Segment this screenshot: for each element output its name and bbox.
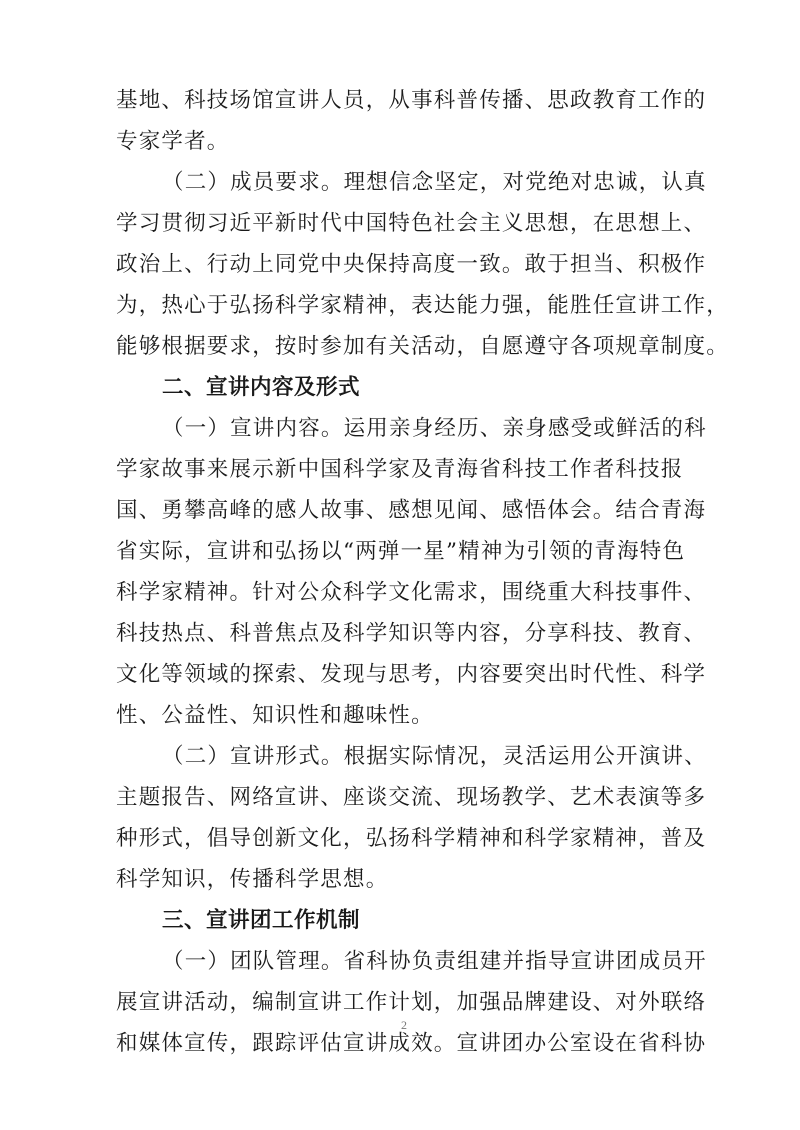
body-line: 基地、科技场馆宣讲人员，从事科普传播、思政教育工作的 — [116, 80, 672, 121]
body-line: 国、勇攀高峰的感人故事、感想见闻、感悟体会。结合青海 — [116, 490, 672, 531]
body-line: 性、公益性、知识性和趣味性。 — [116, 695, 672, 736]
body-line: 为，热心于弘扬科学家精神，表达能力强，能胜任宣讲工作， — [116, 285, 672, 326]
paragraph-start-line: （一）团队管理。省科协负责组建并指导宣讲团成员开 — [116, 941, 672, 982]
body-line: 和媒体宣传，跟踪评估宣讲成效。宣讲团办公室设在省科协 — [116, 1023, 672, 1064]
body-line: 省实际，宣讲和弘扬以“两弹一星”精神为引领的青海特色 — [116, 531, 672, 572]
paragraph-start-line: （二）宣讲形式。根据实际情况，灵活运用公开演讲、 — [116, 736, 672, 777]
body-line: 能够根据要求，按时参加有关活动，自愿遵守各项规章制度。 — [116, 326, 672, 367]
body-line: 文化等领域的探索、发现与思考，内容要突出时代性、科学 — [116, 654, 672, 695]
section-heading: 二、宣讲内容及形式 — [116, 367, 672, 408]
body-line: 学习贯彻习近平新时代中国特色社会主义思想，在思想上、 — [116, 203, 672, 244]
document-body: 基地、科技场馆宣讲人员，从事科普传播、思政教育工作的 专家学者。 （二）成员要求… — [116, 80, 672, 1064]
page-number: 2 — [396, 1018, 412, 1033]
body-line: 主题报告、网络宣讲、座谈交流、现场教学、艺术表演等多 — [116, 777, 672, 818]
body-line: 展宣讲活动，编制宣讲工作计划，加强品牌建设、对外联络 — [116, 982, 672, 1023]
body-line: 政治上、行动上同党中央保持高度一致。敢于担当、积极作 — [116, 244, 672, 285]
document-page: 基地、科技场馆宣讲人员，从事科普传播、思政教育工作的 专家学者。 （二）成员要求… — [0, 0, 800, 1130]
paragraph-start-line: （二）成员要求。理想信念坚定，对党绝对忠诚，认真 — [116, 162, 672, 203]
body-line: 学家故事来展示新中国科学家及青海省科技工作者科技报 — [116, 449, 672, 490]
body-line: 科技热点、科普焦点及科学知识等内容，分享科技、教育、 — [116, 613, 672, 654]
body-line: 种形式，倡导创新文化，弘扬科学精神和科学家精神，普及 — [116, 818, 672, 859]
section-heading: 三、宣讲团工作机制 — [116, 900, 672, 941]
paragraph-start-line: （一）宣讲内容。运用亲身经历、亲身感受或鲜活的科 — [116, 408, 672, 449]
body-line: 科学知识，传播科学思想。 — [116, 859, 672, 900]
body-line: 专家学者。 — [116, 121, 672, 162]
body-line: 科学家精神。针对公众科学文化需求，围绕重大科技事件、 — [116, 572, 672, 613]
